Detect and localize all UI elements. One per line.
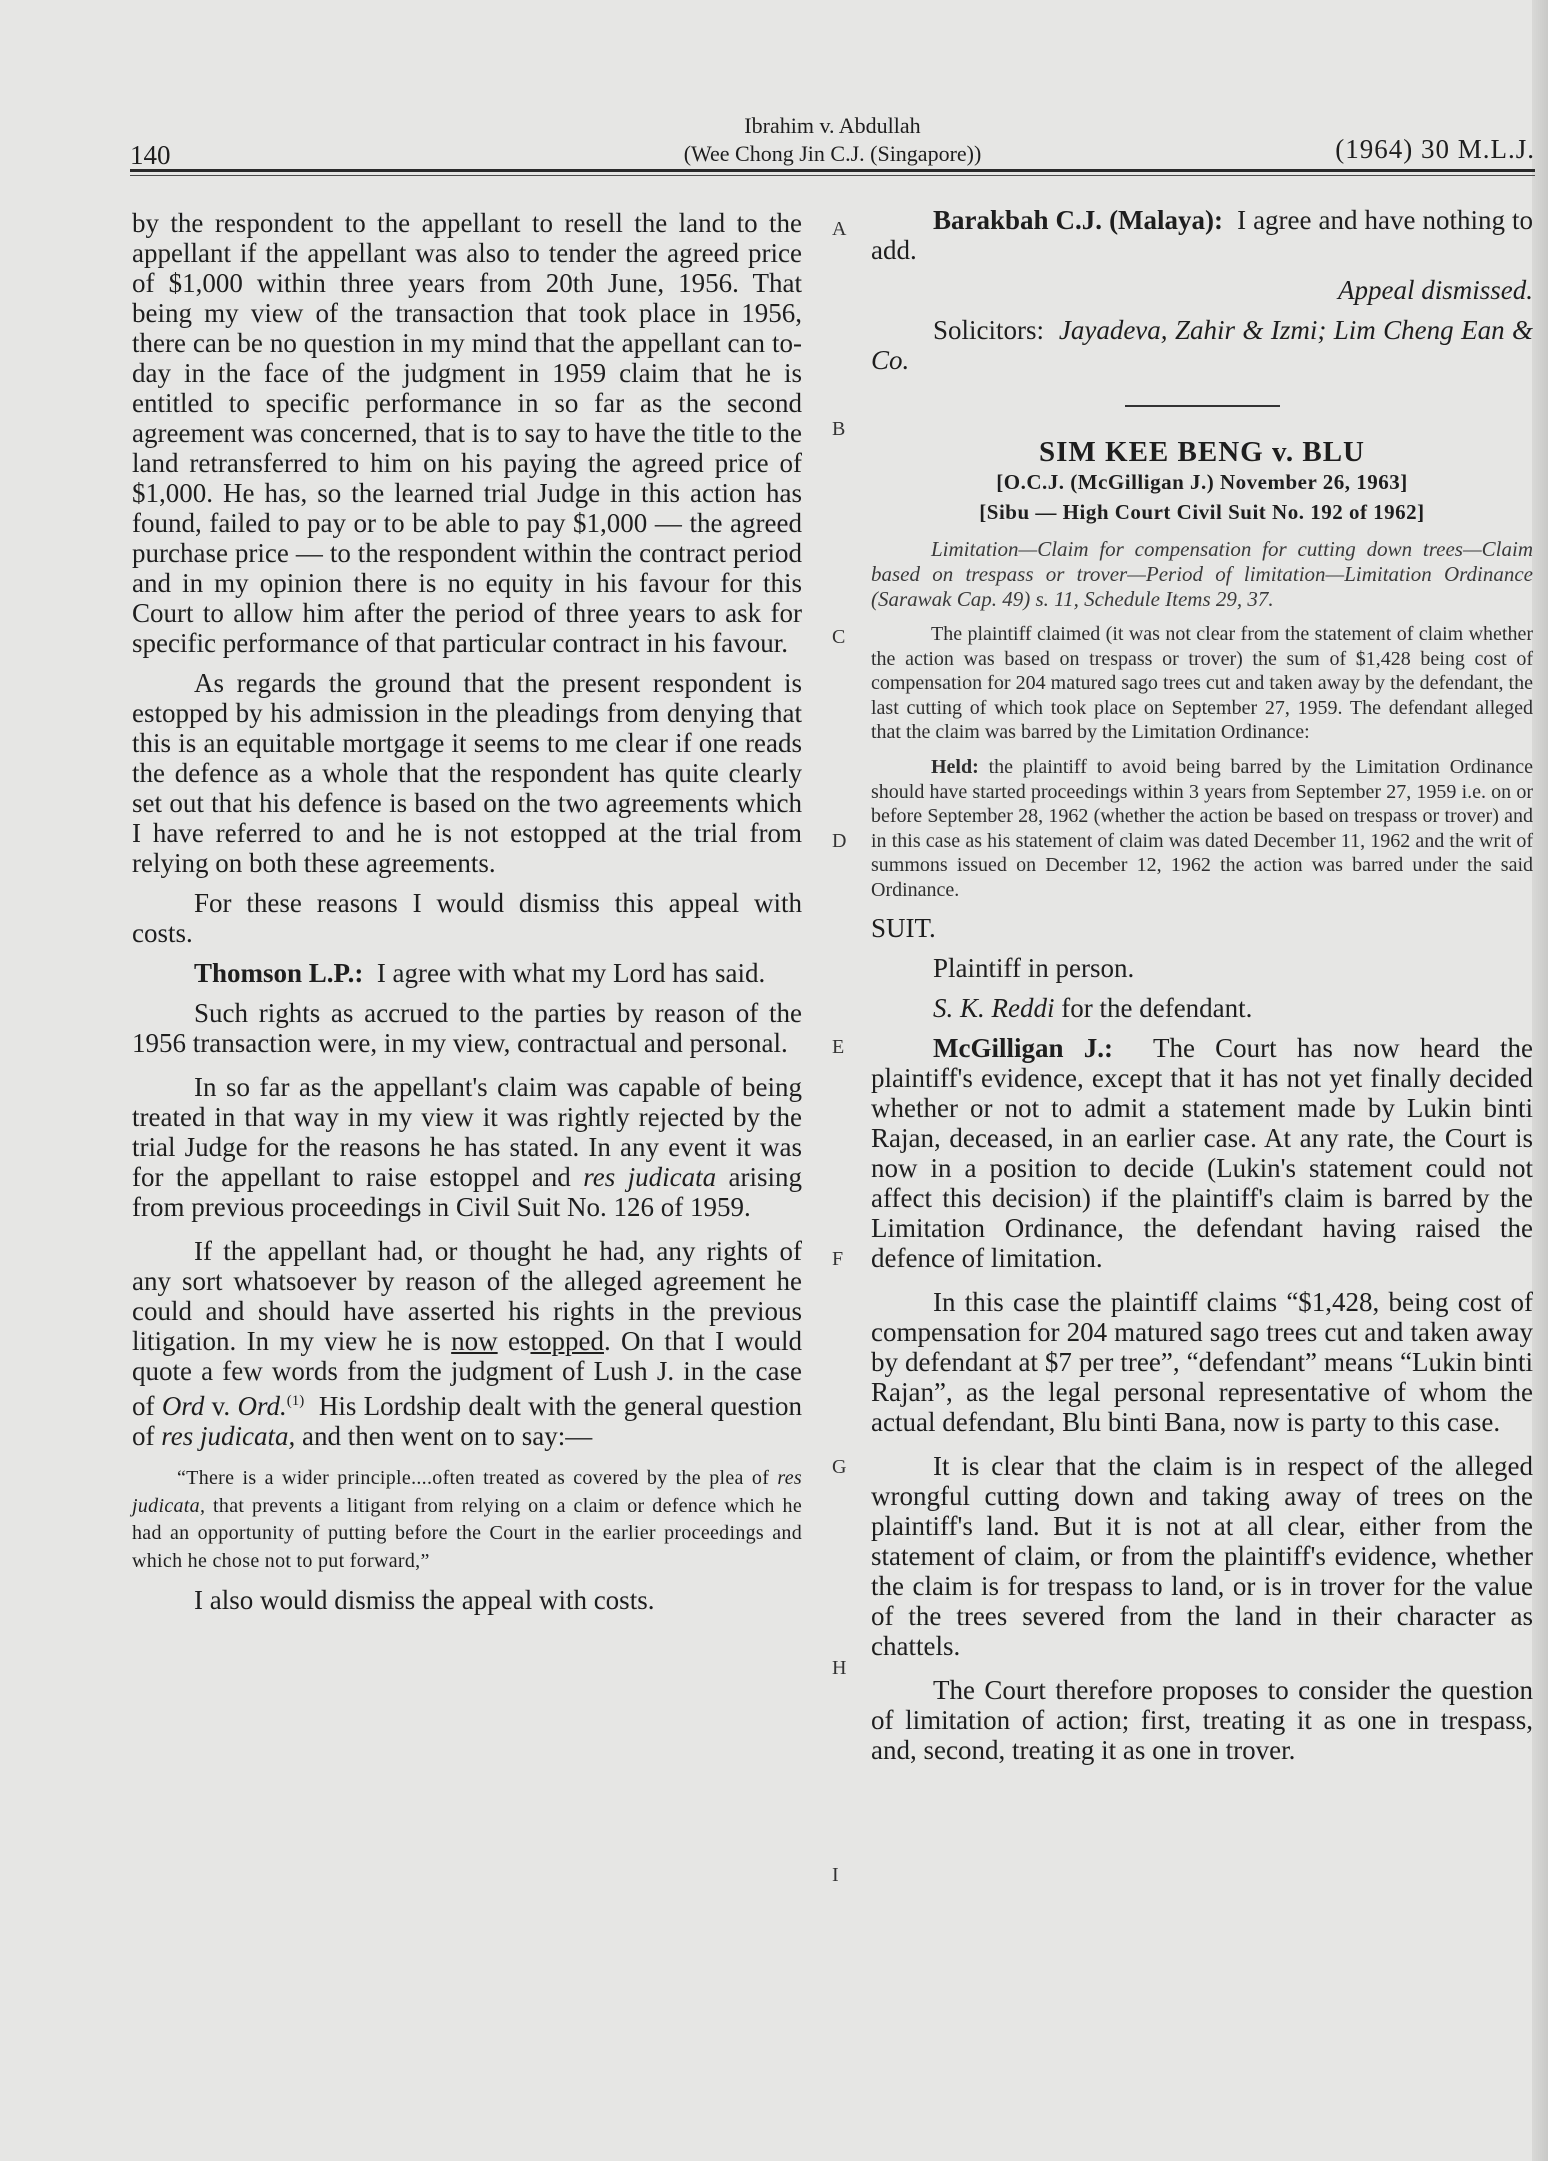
defendant-counsel: S. K. Reddi for the defendant. (871, 993, 1533, 1023)
held-label: Held: (931, 756, 979, 778)
judgment-text: I agree with what my Lord has said. (377, 958, 765, 988)
running-title: Ibrahim v. Abdullah (Wee Chong Jin C.J. … (130, 112, 1535, 168)
underlined-word: topped (530, 1326, 604, 1356)
appeal-result: Appeal dismissed. (871, 275, 1533, 305)
paragraph: Thomson L.P.: I agree with what my Lord … (132, 958, 802, 988)
margin-letter-c: C (832, 626, 845, 649)
footnote-ref: (1) (287, 1393, 305, 1409)
judge-name: Thomson L.P.: (194, 958, 363, 988)
court-line: [Sibu — High Court Civil Suit No. 192 of… (871, 497, 1533, 527)
running-title-judge: (Wee Chong Jin C.J. (Singapore)) (130, 140, 1535, 168)
page-edge (1532, 0, 1548, 2161)
text: that prevents a litigant from relying on… (132, 1495, 802, 1572)
underlined-word: now (451, 1326, 498, 1356)
running-title-case: Ibrahim v. Abdullah (130, 112, 1535, 140)
paragraph: For these reasons I would dismiss this a… (132, 888, 802, 948)
left-column: by the respondent to the appellant to re… (132, 208, 802, 1615)
header-rule-thick (130, 169, 1535, 172)
headnote: The plaintiff claimed (it was not clear … (871, 622, 1533, 745)
margin-letter-i: I (832, 1864, 839, 1887)
journal-citation: (1964) 30 M.L.J. (1335, 134, 1535, 165)
text: es (508, 1326, 531, 1356)
paragraph: Barakbah C.J. (Malaya): I agree and have… (871, 205, 1533, 265)
paragraph: The Court therefore proposes to consider… (871, 1675, 1533, 1765)
section-divider (1125, 405, 1280, 407)
page-header: 140 Ibrahim v. Abdullah (Wee Chong Jin C… (130, 112, 1535, 172)
paragraph: As regards the ground that the present r… (132, 668, 802, 878)
court-line: [O.C.J. (McGilligan J.) November 26, 196… (871, 467, 1533, 497)
judge-name: McGilligan J.: (933, 1033, 1113, 1063)
paragraph: by the respondent to the appellant to re… (132, 208, 802, 658)
block-quote: “There is a wider principle....often tre… (132, 1465, 802, 1575)
paragraph: McGilligan J.: The Court has now heard t… (871, 1033, 1533, 1273)
text: The Court has now heard the plaintiff's … (871, 1033, 1533, 1273)
latin-term: res judicata, (161, 1421, 295, 1451)
judge-name: Barakbah C.J. (Malaya): (933, 205, 1223, 235)
case-name: Ord. (237, 1391, 286, 1421)
margin-letter-a: A (832, 218, 846, 241)
paragraph: I also would dismiss the appeal with cos… (132, 1585, 802, 1615)
text: and then went on to say:— (302, 1421, 592, 1451)
margin-letter-d: D (832, 830, 846, 853)
text: “There is a wider principle....often tre… (177, 1467, 769, 1489)
text: for the defendant. (1061, 993, 1252, 1023)
suit-label: SUIT. (871, 913, 1533, 943)
right-column: Barakbah C.J. (Malaya): I agree and have… (871, 205, 1533, 1765)
margin-letter-g: G (832, 1456, 846, 1479)
text: v. (212, 1391, 231, 1421)
latin-term: res judicata (583, 1162, 716, 1192)
paragraph: It is clear that the claim is in respect… (871, 1451, 1533, 1661)
margin-letter-f: F (832, 1248, 843, 1271)
case-title: SIM KEE BENG v. BLU (871, 437, 1533, 467)
paragraph: In so far as the appellant's claim was c… (132, 1072, 802, 1222)
margin-letter-h: H (832, 1657, 846, 1680)
held: Held: the plaintiff to avoid being barre… (871, 755, 1533, 903)
header-rule-thin (130, 175, 1535, 176)
paragraph: In this case the plaintiff claims “$1,42… (871, 1287, 1533, 1437)
plaintiff-counsel: Plaintiff in person. (871, 953, 1533, 983)
solicitors: Solicitors: Jayadeva, Zahir & Izmi; Lim … (871, 315, 1533, 375)
counsel-name: S. K. Reddi (933, 993, 1055, 1023)
catchwords: Limitation—Claim for compensation for cu… (871, 537, 1533, 612)
paragraph: Such rights as accrued to the parties by… (132, 998, 802, 1058)
paragraph: If the appellant had, or thought he had,… (132, 1236, 802, 1451)
case-name: Ord (162, 1391, 205, 1421)
solicitors-label: Solicitors: (933, 315, 1044, 345)
margin-letter-b: B (832, 418, 845, 441)
margin-letter-e: E (832, 1036, 844, 1059)
